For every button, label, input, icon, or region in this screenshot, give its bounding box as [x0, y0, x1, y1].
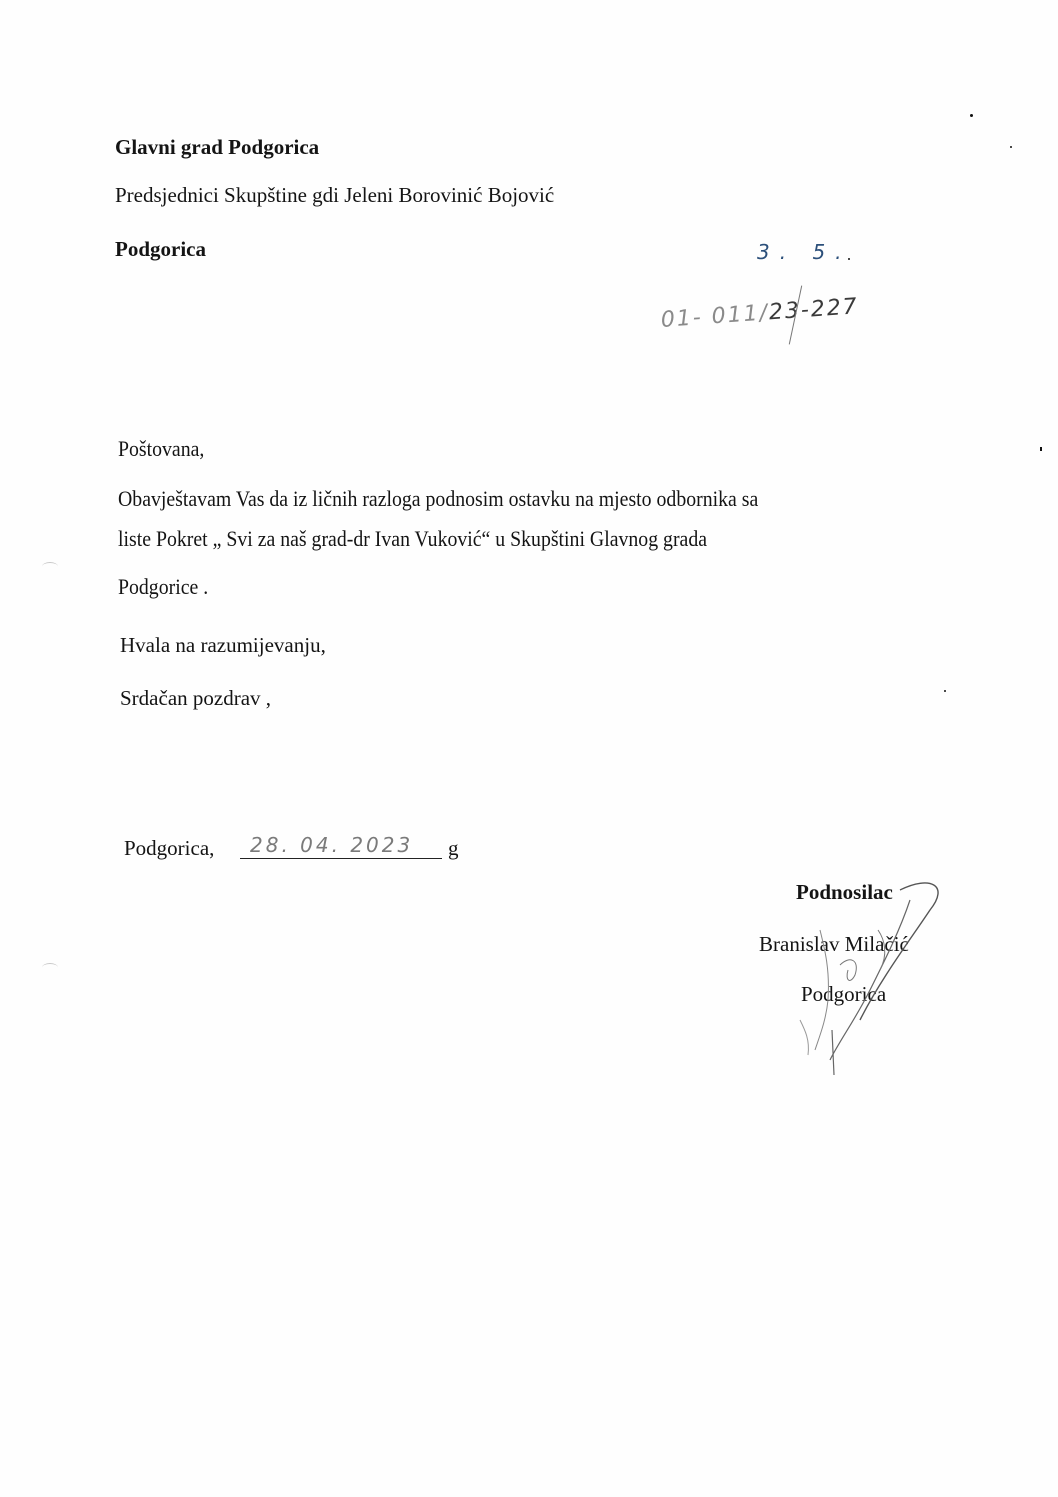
scan-dot	[1010, 146, 1012, 148]
date-place: Podgorica,	[124, 838, 214, 859]
closing-regards: Srdačan pozdrav ,	[120, 688, 271, 709]
scan-dot	[1040, 447, 1042, 451]
scan-dot	[970, 114, 973, 117]
scan-mark	[42, 562, 58, 571]
body-line-1: Obavještavam Vas da iz ličnih razloga po…	[118, 488, 758, 510]
stamp-dot	[848, 258, 850, 260]
body-line-3: Podgorice .	[118, 576, 208, 598]
registry-number-prefix: 01- 011/	[660, 300, 770, 332]
scan-mark	[42, 963, 58, 972]
date-suffix: g	[448, 838, 459, 859]
registry-number: 01- 011/23-227	[660, 294, 860, 333]
document-page: Glavni grad Podgorica Predsjednici Skupš…	[0, 0, 1058, 1497]
received-date-stamp: 3. 5.	[757, 240, 852, 264]
recipient-city: Podgorica	[115, 239, 206, 260]
handwritten-date: 28. 04. 2023	[250, 833, 413, 857]
salutation: Poštovana,	[118, 438, 204, 460]
scan-dot	[944, 690, 946, 692]
registry-number-suffix: 23-227	[768, 294, 859, 325]
date-underline	[240, 858, 442, 859]
body-line-2: liste Pokret „ Svi za naš grad-dr Ivan V…	[118, 528, 707, 550]
recipient-addressee: Predsjednici Skupštine gdi Jeleni Borovi…	[115, 185, 554, 206]
recipient-organization: Glavni grad Podgorica	[115, 137, 319, 158]
signature-icon	[760, 870, 960, 1080]
closing-thanks: Hvala na razumijevanju,	[120, 635, 326, 656]
